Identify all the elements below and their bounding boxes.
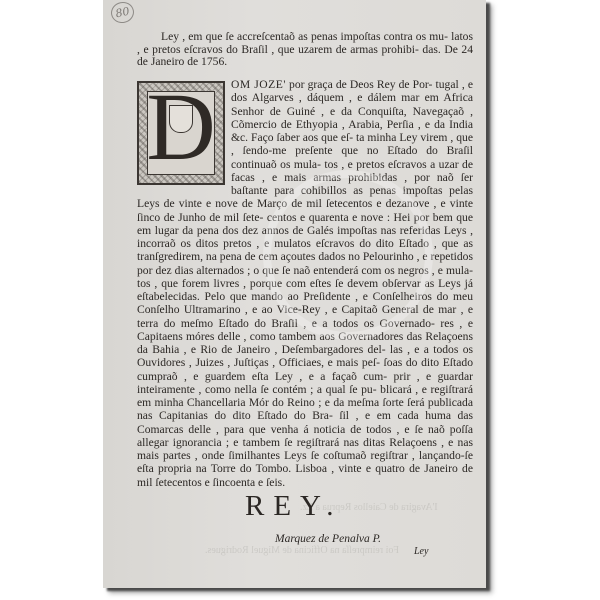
law-title-header: Ley , em que ſe accreſcentaõ as penas im… xyxy=(137,31,473,69)
law-body: D OM JOZE' por graça de Deos Rey de Por-… xyxy=(137,78,473,489)
header-text: Ley , em que ſe accreſcentaõ as penas im… xyxy=(137,30,473,68)
signatory-name: Marquez de Penalva P. xyxy=(275,533,381,545)
bleed-through-line-2: Foi reimpreſſa na Officina de Miguel Rod… xyxy=(205,545,399,556)
catchword: Ley xyxy=(414,546,428,557)
body-opening-words: OM JOZE' xyxy=(231,78,286,91)
ornamental-dropcap-icon: D xyxy=(137,81,225,185)
king-signature: REY. xyxy=(245,490,343,523)
dropcap-letter: D xyxy=(139,77,223,177)
